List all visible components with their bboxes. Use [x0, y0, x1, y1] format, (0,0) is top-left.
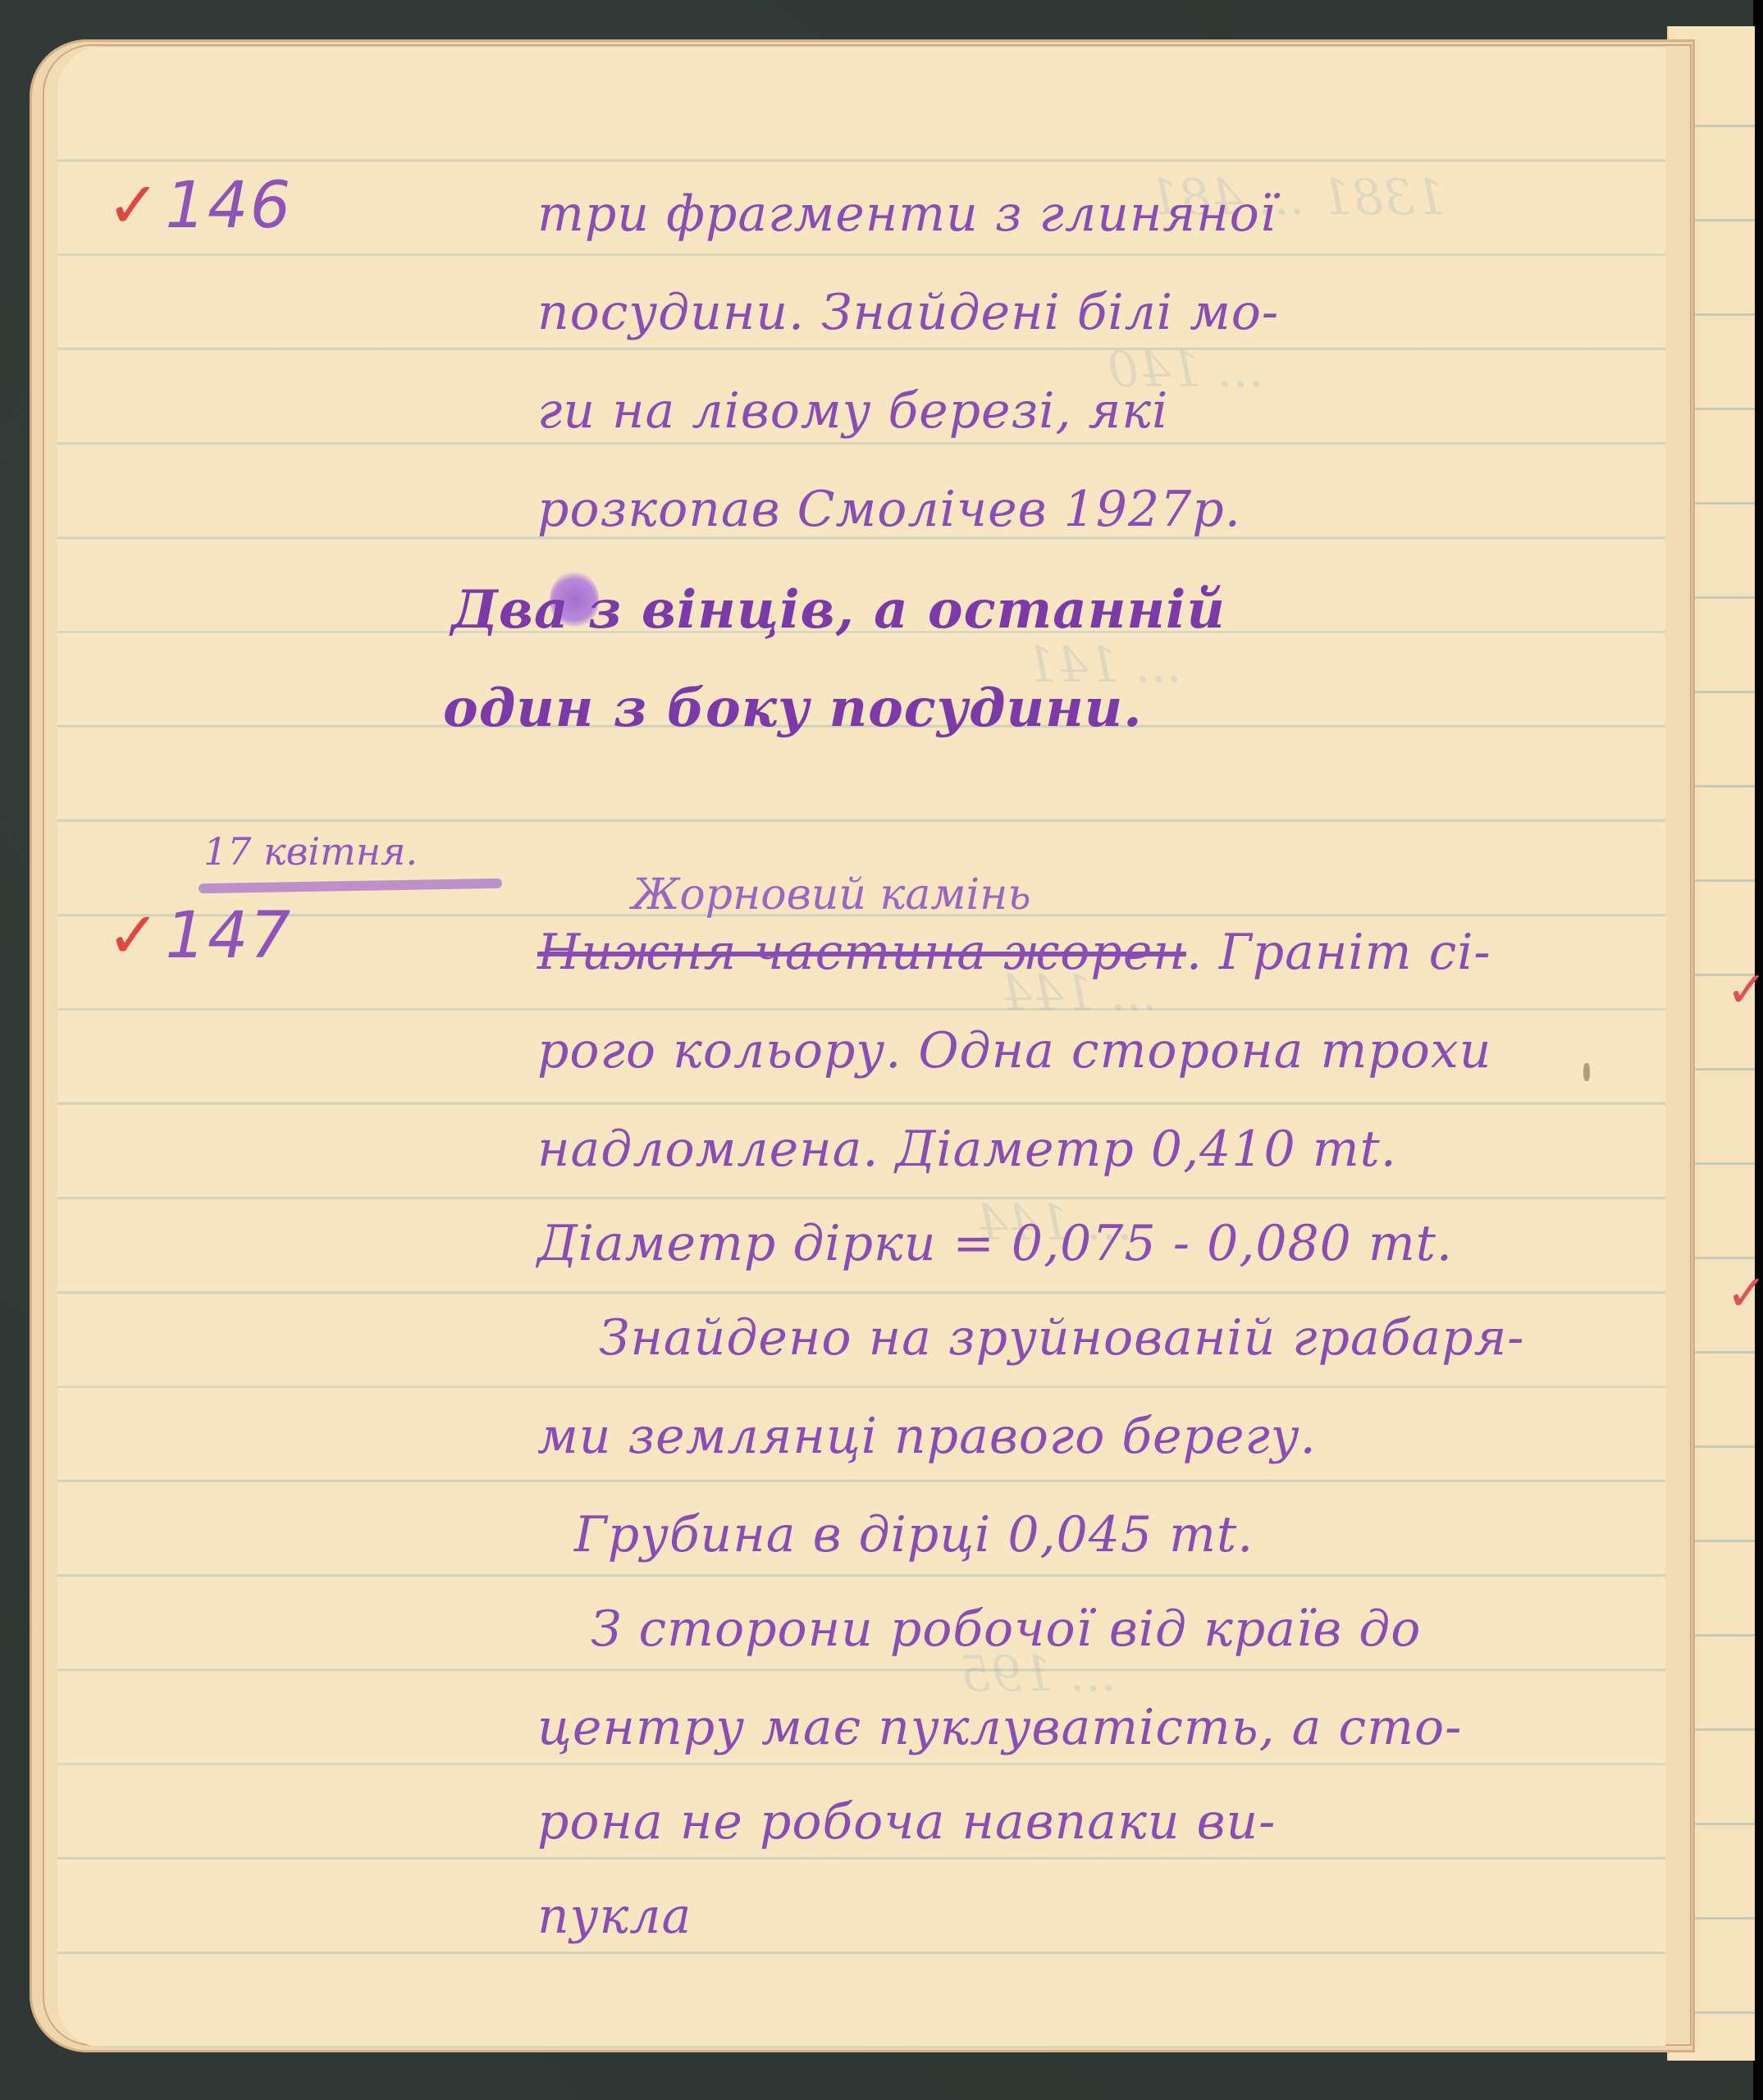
entry-146-line-2: посудини. Знайдені білі мо- — [537, 284, 1279, 341]
entry-147-line-8: З сторони робочої від країв до — [591, 1600, 1421, 1658]
entry-147-line-4: Діаметр дірки = 0,075 - 0,080 mt. — [537, 1215, 1453, 1272]
entry-146-line-1: три фрагменти з глиняної — [537, 185, 1277, 243]
entry-number-146: ✓146 — [107, 169, 292, 243]
entry-147-line-1: Нижня частина жорен. Граніт сі- — [537, 924, 1491, 981]
entry-147-line-6: ми землянці правого берегу. — [537, 1408, 1317, 1465]
entry-146-line-6: один з боку посудини. — [443, 678, 1143, 739]
entry-147-line-10: рона не робоча навпаки ви- — [537, 1793, 1276, 1851]
red-check-icon: ✓ — [1726, 1265, 1763, 1322]
entry-number-text: 147 — [165, 899, 292, 973]
red-check-icon: ✓ — [1726, 961, 1763, 1019]
entry-number-text: 146 — [165, 169, 292, 243]
notebook-page: 1381 ... 481 ... 140 ... 141 ... 144 ...… — [57, 46, 1665, 2047]
entry-147-line-3: надломлена. Діаметр 0,410 mt. — [537, 1121, 1397, 1178]
entry-number-147: ✓147 — [107, 899, 292, 973]
entry-147-line-9: центру має пуклуватість, а сто- — [537, 1699, 1462, 1756]
entry-147-line-2: рого кольору. Одна сторона трохи — [537, 1022, 1491, 1080]
entry-147-line-5: Знайдено на зруйнованій грабаря- — [599, 1309, 1525, 1367]
red-check-icon: ✓ — [107, 899, 162, 973]
inserted-correction: Жорновий камінь — [632, 870, 1031, 920]
struck-text: Нижня частина жорен — [537, 924, 1186, 981]
entry-date: 17 квітня. — [203, 829, 418, 874]
red-check-icon: ✓ — [107, 169, 162, 243]
entry-147-line-11: пукла — [537, 1888, 692, 1945]
line-continuation: . Граніт сі- — [1186, 924, 1491, 981]
entry-147-line-7: Грубина в дірці 0,045 mt. — [574, 1506, 1254, 1564]
entry-146-line-3: ги на лівому березі, які — [537, 382, 1168, 440]
paper-stain — [1583, 1063, 1590, 1081]
entry-146-line-5: Два з вінців, а останній — [451, 579, 1226, 641]
entry-146-line-4: розкопав Смолічев 1927р. — [537, 481, 1241, 538]
